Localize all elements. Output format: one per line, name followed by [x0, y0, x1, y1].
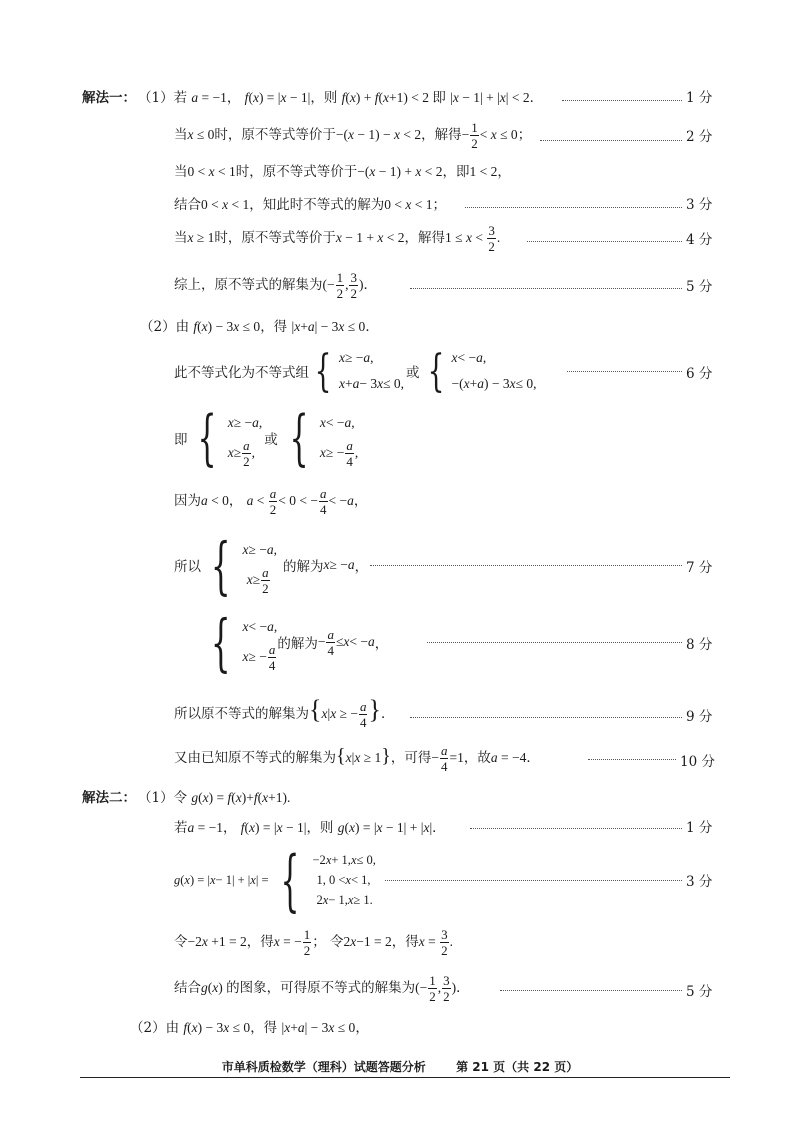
score-leader	[370, 565, 682, 566]
m1-p2-line-8-content: 又由已知原不等式的解集为{x|x ≥ 1}，可得−a4=1，故a = −4．	[174, 744, 540, 773]
text: ，知此时不等式的解为	[249, 197, 384, 213]
score-2: 2 分	[686, 125, 712, 145]
footer-title: 市单科质检数学（理科）试题答题分析	[222, 1060, 426, 1074]
m1-line-3: 当0 < x < 1时，原不等式等价于−(x − 1) + x < 2，即1 <…	[0, 156, 800, 184]
m1-p2-line-2-content: 此不等式化为不等式组 { x ≥ −a, x + a − 3x ≤ 0, 或 {…	[174, 345, 537, 397]
m2-line-3-content: g(x) = |x − 1| + |x| = { −2x + 1, x ≤ 0,…	[174, 846, 376, 914]
m1-p2-line-6: { x < −a, x ≥ −a4 的解为−a4≤ x < −a， 8 分	[0, 607, 800, 677]
text: ．	[381, 706, 395, 722]
text: ，得	[260, 319, 287, 335]
score-6: 6 分	[686, 362, 712, 382]
fraction: 32	[440, 928, 449, 957]
footer-divider	[80, 1077, 730, 1078]
score-leader	[500, 990, 682, 991]
part-label: （1）	[138, 90, 174, 106]
text: ，解得	[405, 230, 446, 246]
text: 即	[456, 164, 470, 180]
page-footer: 市单科质检数学（理科）试题答题分析 第 21 页（共 22 页）	[80, 1058, 720, 1075]
text: 因为	[174, 493, 201, 509]
inequality-system: { x < −a, −(x + a) − 3x ≤ 0,	[422, 346, 537, 397]
score-7: 7 分	[686, 556, 712, 576]
score-leader	[567, 371, 682, 372]
score-leader	[410, 717, 682, 718]
text: 当	[174, 127, 188, 143]
m2-line-4: 令−2x +1 = 2，得x = −12； 令2x−1 = 2，得x = 32.	[0, 924, 800, 960]
m2-line-1-content: （1）令 g(x) = f(x)+f(x+1).	[138, 786, 290, 806]
text: ，	[355, 555, 369, 575]
text: ，得	[247, 934, 274, 950]
text: 的解为	[283, 555, 324, 575]
score-leader	[385, 880, 682, 881]
text: ；	[312, 934, 326, 950]
text: 或	[264, 428, 278, 448]
text: 令	[174, 790, 188, 806]
m1-line-5: 当x ≥ 1时，原不等式等价于x − 1 + x < 2，解得1 ≤ x < 3…	[0, 221, 800, 255]
fraction: a2	[261, 566, 270, 595]
m1-p2-line-4: 因为a < 0， a < a2< 0 < −a4< −a，	[0, 483, 800, 519]
m1-line-4: 结合0 < x < 1，知此时不等式的解为0 < x < 1； 3 分	[0, 189, 800, 217]
part-label: （2）	[140, 319, 176, 335]
m1-p2-line-7-content: 所以原不等式的解集为{x|x ≥ −a4}．	[174, 695, 394, 729]
score-leader	[540, 140, 682, 141]
m2-line-2-content: 若a = −1， f(x) = |x − 1|，则 g(x) = |x − 1|…	[174, 816, 446, 836]
text: 当	[174, 230, 188, 246]
text: ，故	[464, 750, 491, 766]
fraction: 12	[428, 974, 437, 1003]
m2-line-3: g(x) = |x − 1| + |x| = { −2x + 1, x ≤ 0,…	[0, 846, 800, 914]
text: ，解得	[421, 127, 462, 143]
score-4: 4 分	[686, 228, 712, 248]
m1-line-6: 综上，原不等式的解集为(−12,32)． 5 分	[0, 268, 800, 302]
text: 即	[432, 90, 446, 106]
m1-p2-line-4-content: 因为a < 0， a < a2< 0 < −a4< −a，	[174, 487, 367, 516]
fraction: 12	[336, 271, 345, 300]
score-5: 5 分	[686, 275, 712, 295]
text: ，则	[310, 90, 337, 106]
text: 若	[174, 90, 188, 106]
inequality-system: { x ≥ −a, x + a − 3x ≤ 0,	[309, 346, 404, 397]
fraction: a4	[268, 643, 277, 672]
fraction: a4	[359, 700, 368, 729]
score-leader	[588, 759, 676, 760]
score-9: 9 分	[686, 705, 712, 725]
left-brace: {	[315, 346, 332, 397]
text: 若	[174, 820, 188, 836]
score-leader	[410, 288, 682, 289]
text: ，	[223, 820, 237, 836]
text: 时，原不等式等价于	[214, 230, 336, 246]
m2-line-2: 若a = −1， f(x) = |x − 1|，则 g(x) = |x − 1|…	[0, 812, 800, 840]
text: ．	[432, 820, 446, 836]
text: 由	[166, 1020, 180, 1036]
fraction: 32	[442, 974, 451, 1003]
m1-line-3-content: 当0 < x < 1时，原不等式等价于−(x − 1) + x < 2，即1 <…	[174, 160, 511, 180]
text: ，	[227, 90, 241, 106]
text: 此不等式化为不等式组	[174, 361, 309, 381]
m2-line-4-content: 令−2x +1 = 2，得x = −12； 令2x−1 = 2，得x = 32.	[174, 928, 453, 957]
m1-p2-line-7: 所以原不等式的解集为{x|x ≥ −a4}． 9 分	[0, 690, 800, 734]
fraction: 32	[349, 271, 358, 300]
text: ，	[442, 164, 456, 180]
text: ；	[518, 127, 532, 143]
left-brace: {	[289, 403, 308, 473]
text: ．	[456, 980, 470, 996]
score-3: 3 分	[686, 193, 712, 213]
m2-line-1: 解法二： （1）令 g(x) = f(x)+f(x+1).	[0, 782, 800, 810]
score-m2-1: 1 分	[686, 816, 712, 836]
m2-line-5-content: 结合g(x) 的图象，可得原不等式的解集为(−12,32)．	[174, 974, 470, 1003]
text: ，	[375, 632, 389, 652]
text: ．	[365, 319, 379, 335]
text: ．	[363, 277, 377, 293]
text: 的图象，可得原不等式的解集为	[226, 980, 415, 996]
m1-p2-line-2: 此不等式化为不等式组 { x ≥ −a, x + a − 3x ≤ 0, 或 {…	[0, 345, 800, 397]
m1-line-1: 解法一： （1）若 a = −1， f(x) = |x − 1|，则 f(x) …	[0, 82, 800, 110]
fraction: a2	[269, 487, 278, 516]
m1-p2-line-5: 所以 { x ≥ −a, x ≥ a2 的解为x ≥ −a， 7 分	[0, 530, 800, 600]
fraction: a2	[242, 439, 251, 468]
text: ，	[229, 493, 243, 509]
text: 或	[406, 361, 420, 381]
inequality-system: { x < −a, x ≥ −a4	[201, 606, 277, 679]
m1-p2-line-3-content: 即 { x ≥ −a, x ≥ a2, 或 { x < −a, x ≥ −a4,	[174, 404, 358, 472]
m1-line-6-content: 综上，原不等式的解集为(−12,32)．	[174, 271, 377, 300]
score-m2-3: 3 分	[686, 870, 712, 890]
m1-line-2-content: 当x ≤ 0时，原不等式等价于−(x − 1) − x < 2，解得−12< x…	[174, 121, 531, 150]
m1-line-2: 当x ≤ 0时，原不等式等价于−(x − 1) − x < 2，解得−12< x…	[0, 118, 800, 152]
fraction: a4	[326, 628, 335, 657]
text: ．	[530, 90, 544, 106]
score-10: 10 分	[680, 750, 715, 770]
inequality-system: { x ≥ −a, x ≥ a2,	[188, 403, 263, 473]
text: ，可得	[391, 750, 432, 766]
left-brace: {	[197, 403, 216, 473]
text: ，则	[306, 820, 333, 836]
text: 令	[330, 934, 344, 950]
m2-p2-line-1-content: （2）由 f(x) − 3x ≤ 0，得 |x+a| − 3x ≤ 0，	[130, 1016, 369, 1036]
left-brace: {	[280, 842, 299, 919]
text: 的解为	[277, 632, 318, 652]
text: ，	[497, 164, 511, 180]
fraction: a4	[345, 439, 354, 468]
m1-p2-line-6-content: { x < −a, x ≥ −a4 的解为−a4≤ x < −a，	[201, 607, 388, 677]
m1-p2-line-1-content: （2）由 f(x) − 3x ≤ 0，得 |x+a| − 3x ≤ 0．	[140, 315, 379, 335]
m1-line-4-content: 结合0 < x < 1，知此时不等式的解为0 < x < 1；	[174, 193, 446, 213]
text: 当	[174, 164, 188, 180]
text: 时，原不等式等价于	[236, 164, 358, 180]
page-number: 第 21 页（共 22 页）	[456, 1060, 578, 1074]
m1-p2-line-1: （2）由 f(x) − 3x ≤ 0，得 |x+a| − 3x ≤ 0．	[0, 311, 800, 339]
text: ，	[355, 1020, 369, 1036]
score-8: 8 分	[686, 633, 712, 653]
score-leader	[465, 207, 682, 208]
text: 结合	[174, 980, 201, 996]
m1-p2-line-5-content: 所以 { x ≥ −a, x ≥ a2 的解为x ≥ −a，	[174, 530, 368, 600]
fraction: 32	[487, 224, 496, 253]
left-brace: {	[427, 346, 444, 397]
score-leader	[527, 241, 682, 242]
score-m2-5: 5 分	[686, 980, 712, 1000]
inequality-system: { x ≥ −a, x ≥ a2	[201, 529, 277, 602]
text: ；	[433, 197, 447, 213]
method2-label: 解法二：	[82, 786, 136, 806]
text: ，	[354, 493, 368, 509]
left-brace: {	[211, 529, 231, 602]
text: 由	[176, 319, 190, 335]
m1-p2-line-8: 又由已知原不等式的解集为{x|x ≥ 1}，可得−a4=1，故a = −4． 1…	[0, 740, 800, 776]
piecewise-function: { −2x + 1, x ≤ 0, 1, 0 < x < 1, 2x − 1, …	[269, 842, 376, 919]
text: 令	[174, 934, 188, 950]
m2-line-5: 结合g(x) 的图象，可得原不等式的解集为(−12,32)． 5 分	[0, 970, 800, 1006]
score-leader	[427, 642, 682, 643]
text: ，得	[392, 934, 419, 950]
text: 又由已知原不等式的解集为	[174, 750, 336, 766]
text: 结合	[174, 197, 201, 213]
fraction: a4	[440, 744, 449, 773]
text: 所以	[174, 555, 201, 575]
m2-p2-line-1: （2）由 f(x) − 3x ≤ 0，得 |x+a| − 3x ≤ 0，	[0, 1012, 800, 1040]
fraction: a4	[319, 487, 328, 516]
text: ．	[526, 750, 540, 766]
text: 时，原不等式等价于	[214, 127, 336, 143]
text: 即	[174, 428, 188, 448]
text: 所以原不等式的解集为	[174, 706, 309, 722]
score-1: 1 分	[686, 86, 712, 106]
fraction: 12	[470, 121, 479, 150]
part-label: （1）	[138, 790, 174, 806]
score-leader	[470, 828, 682, 829]
m1-p2-line-3: 即 { x ≥ −a, x ≥ a2, 或 { x < −a, x ≥ −a4,	[0, 404, 800, 472]
score-leader	[562, 100, 682, 101]
left-brace: {	[211, 606, 231, 679]
m1-line-5-content: 当x ≥ 1时，原不等式等价于x − 1 + x < 2，解得1 ≤ x < 3…	[174, 224, 500, 253]
part-label: （2）	[130, 1020, 166, 1036]
text: 综上，原不等式的解集为	[174, 277, 323, 293]
m1-line-1-content: （1）若 a = −1， f(x) = |x − 1|，则 f(x) + f(x…	[138, 86, 543, 106]
fraction: 12	[303, 928, 312, 957]
method1-label: 解法一：	[82, 86, 136, 106]
text: ，得	[250, 1020, 277, 1036]
inequality-system: { x < −a, x ≥ −a4,	[280, 403, 358, 473]
